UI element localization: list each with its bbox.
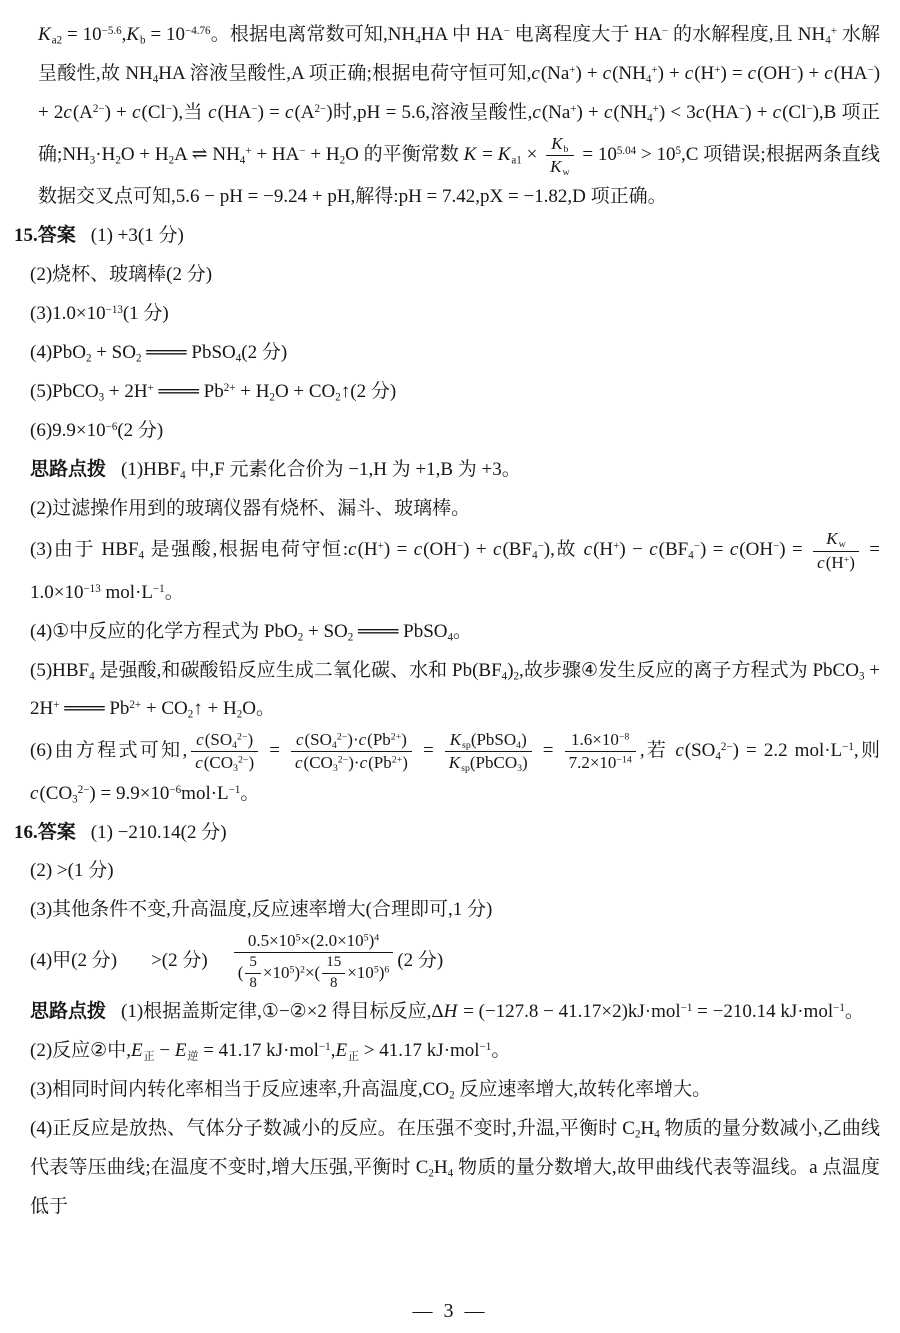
q16-answer-3: (3)其他条件不变,升高温度,反应速率增大(合理即可,1 分) xyxy=(30,891,880,930)
question-15-block: 15.答案(1) +3(1 分) (2)烧杯、玻璃棒(2 分) (3)1.0×1… xyxy=(30,217,880,814)
q15-hint-6: (6)由方程式可知,c(SO42−)c(CO32−) = c(SO42−)·c(… xyxy=(30,729,880,813)
fraction-kw-over-ch: Kwc(H+) xyxy=(813,528,859,573)
q15-hint-1: 思路点拨(1)HBF4 中,F 元素化合价为 −1,H 为 +1,B 为 +3。 xyxy=(30,451,880,490)
q16-hint-4: (4)正反应是放热、气体分子数减小的反应。在压强不变时,升温,平衡时 C2H4 … xyxy=(30,1110,880,1227)
equals-sign: = xyxy=(536,740,561,761)
denominator-text: ×105)2×( xyxy=(263,962,320,984)
question-16-block: 16.答案(1) −210.14(2 分) (2) >(1 分) (3)其他条件… xyxy=(30,814,880,1228)
fraction-denominator: (58×105)2×(158×105)6 xyxy=(234,953,394,993)
q16-hint-3: (3)相同时间内转化率相当于反应速率,升高温度,CO2 反应速率增大,故转化率增… xyxy=(30,1071,880,1110)
fraction-numerator: 15 xyxy=(322,953,345,974)
fraction-numerator: 0.5×105×(2.0×105)4 xyxy=(234,930,394,953)
fraction-numerator: Ksp(PbSO4) xyxy=(445,729,532,752)
q16-answer-heading: 16.答案(1) −210.14(2 分) xyxy=(30,814,880,853)
q15-hint-3-text-1: (3)由于 HBF4 是强酸,根据电荷守恒:c(H+) = c(OH−) + c… xyxy=(30,539,809,560)
fraction-denominator: Kw xyxy=(546,156,573,178)
fraction-denominator: 8 xyxy=(322,974,345,994)
q16-answer-4-comparison: >(2 分) xyxy=(151,942,208,981)
q15-answer-2: (2)烧杯、玻璃棒(2 分) xyxy=(30,256,880,295)
fraction-numerator: 1.6×10−8 xyxy=(565,729,636,752)
equals-sign: = xyxy=(262,740,287,761)
fraction-ksp-ratio: Ksp(PbSO4)Ksp(PbCO3) xyxy=(445,729,532,774)
q15-hint-4: (4)①中反应的化学方程式为 PbO2 + SO2 ═══ PbSO4。 xyxy=(30,613,880,652)
fraction-numerator: Kb xyxy=(546,133,573,156)
q15-hint-6-text-1: (6)由方程式可知, xyxy=(30,740,187,761)
fraction-numerator: c(SO42−) xyxy=(191,729,258,752)
fraction-denominator: Ksp(PbCO3) xyxy=(445,752,532,774)
fraction-numeric-ratio: 1.6×10−87.2×10−14 xyxy=(565,729,636,774)
equilibrium-constant-fraction: 0.5×105×(2.0×105)4(58×105)2×(158×105)6 xyxy=(234,930,394,993)
q15-answer-1: (1) +3(1 分) xyxy=(91,225,184,246)
fraction-5-8: 58 xyxy=(245,953,261,993)
page-number: — 3 — xyxy=(0,1300,900,1323)
fraction-denominator: 7.2×10−14 xyxy=(565,752,636,774)
q15-hint-3: (3)由于 HBF4 是强酸,根据电荷守恒:c(H+) = c(OH−) + c… xyxy=(30,528,880,612)
equals-sign: = xyxy=(416,740,441,761)
fraction-numerator: Kw xyxy=(813,528,859,551)
q15-answer-5: (5)PbCO3 + 2H+ ═══ Pb2+ + H2O + CO2↑(2 分… xyxy=(30,373,880,412)
q16-hint-2: (2)反应②中,E正 − E逆 = 41.17 kJ·mol−1,E正 > 41… xyxy=(30,1032,880,1071)
fraction-15-8: 158 xyxy=(322,953,345,993)
fraction-so4-over-co3: c(SO42−)c(CO32−) xyxy=(191,729,258,774)
q16-number: 16. xyxy=(14,822,38,843)
q16-answer-label: 答案 xyxy=(38,822,76,843)
q16-answer-4-label: (4)甲(2 分) xyxy=(30,942,117,981)
q16-hint-1-text: (1)根据盖斯定律,①−②×2 得目标反应,ΔH = (−127.8 − 41.… xyxy=(121,1001,864,1022)
fraction-so4pb-over-co3pb: c(SO42−)·c(Pb2+)c(CO32−)·c(Pb2+) xyxy=(291,729,412,774)
denominator-text: ×105)6 xyxy=(347,962,389,984)
q15-answer-label: 答案 xyxy=(38,225,76,246)
fraction-kb-over-kw: KbKw xyxy=(546,133,573,178)
q16-answer-2: (2) >(1 分) xyxy=(30,852,880,891)
q15-number: 15. xyxy=(14,225,38,246)
fraction-numerator: 5 xyxy=(245,953,261,974)
analysis-continuation-paragraph: Ka2 = 10−5.6,Kb = 10−4.76。根据电离常数可知,NH4HA… xyxy=(38,16,880,217)
fraction-denominator: c(CO32−)·c(Pb2+) xyxy=(291,752,412,774)
q15-answer-4: (4)PbO2 + SO2 ═══ PbSO4(2 分) xyxy=(30,334,880,373)
q16-answer-4: (4)甲(2 分)>(2 分)0.5×105×(2.0×105)4(58×105… xyxy=(30,930,880,993)
q16-answer-4-score: (2 分) xyxy=(397,942,443,981)
q15-hint-1-text: (1)HBF4 中,F 元素化合价为 −1,H 为 +1,B 为 +3。 xyxy=(121,459,521,480)
fraction-denominator: c(H+) xyxy=(813,552,859,574)
q16-answer-1: (1) −210.14(2 分) xyxy=(91,822,227,843)
exam-answer-page: Ka2 = 10−5.6,Kb = 10−4.76。根据电离常数可知,NH4HA… xyxy=(0,0,900,1333)
q16-hint-label: 思路点拨 xyxy=(30,1001,106,1022)
q15-answer-3: (3)1.0×10−13(1 分) xyxy=(30,295,880,334)
fraction-numerator: c(SO42−)·c(Pb2+) xyxy=(291,729,412,752)
q15-answer-heading: 15.答案(1) +3(1 分) xyxy=(30,217,880,256)
fraction-denominator: 8 xyxy=(245,974,261,994)
q15-hint-label: 思路点拨 xyxy=(30,459,106,480)
denominator-text: ( xyxy=(238,962,244,984)
q15-hint-5: (5)HBF4 是强酸,和碳酸铅反应生成二氧化碳、水和 Pb(BF4)2,故步骤… xyxy=(30,652,880,730)
fraction-denominator: c(CO32−) xyxy=(191,752,258,774)
q16-hint-1: 思路点拨(1)根据盖斯定律,①−②×2 得目标反应,ΔH = (−127.8 −… xyxy=(30,993,880,1032)
q15-hint-2: (2)过滤操作用到的玻璃仪器有烧杯、漏斗、玻璃棒。 xyxy=(30,490,880,529)
q15-answer-6: (6)9.9×10−6(2 分) xyxy=(30,412,880,451)
